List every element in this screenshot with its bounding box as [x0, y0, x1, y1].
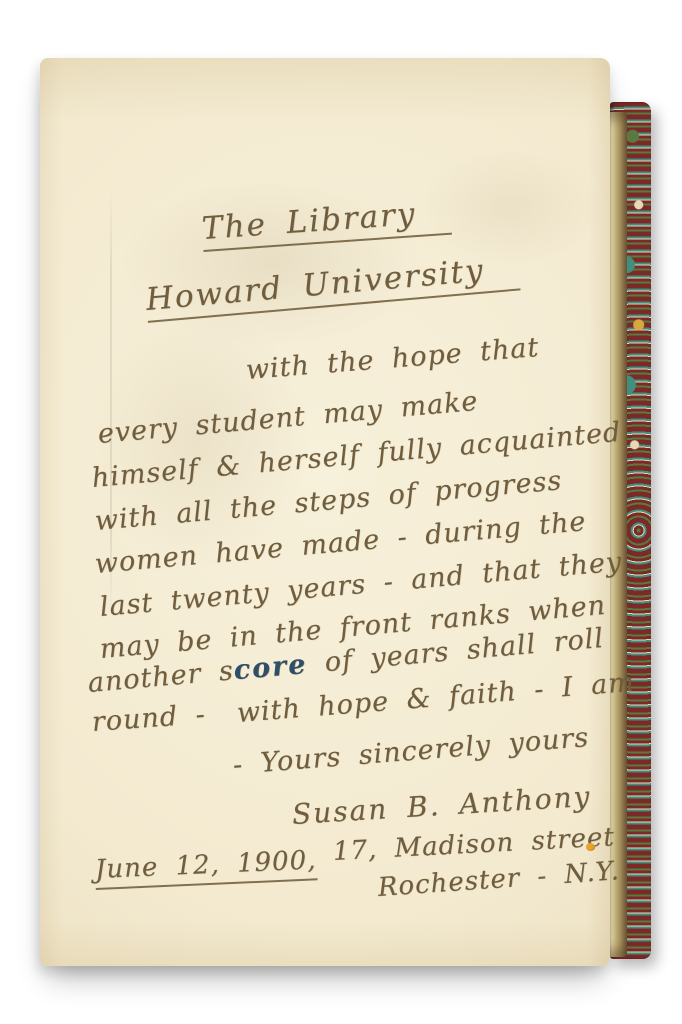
score-overwrite-ink: core	[232, 649, 308, 686]
book-photo: The Library Howard University with the h…	[0, 0, 682, 1024]
orange-fleck-stain	[586, 843, 595, 851]
